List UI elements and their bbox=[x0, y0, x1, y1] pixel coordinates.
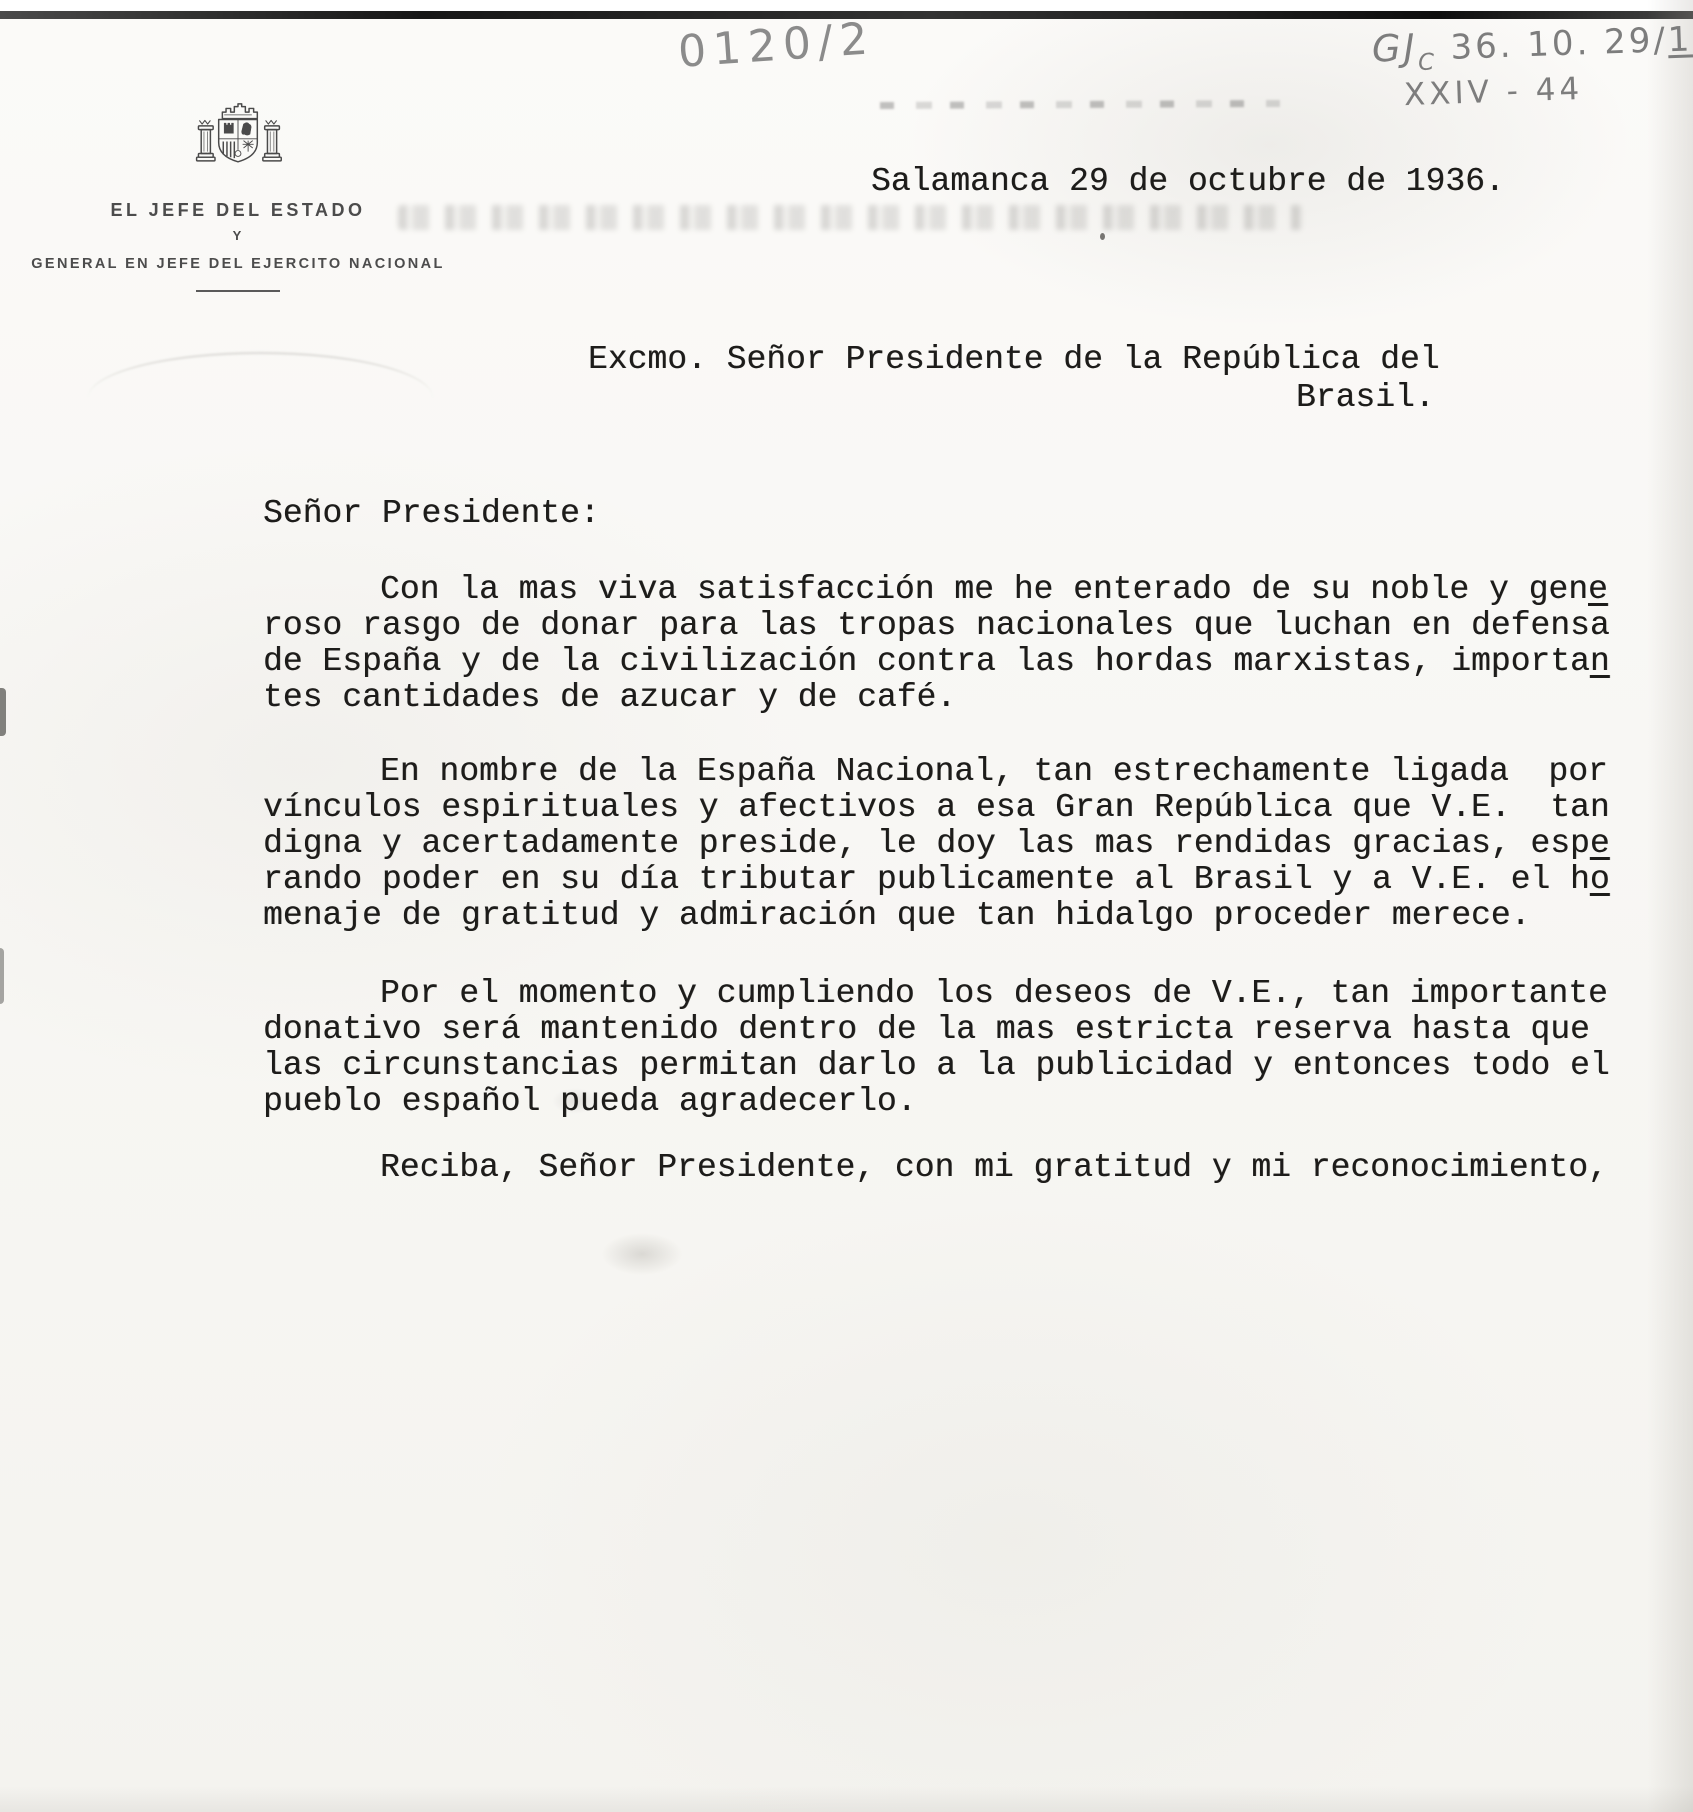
letterhead-title: EL JEFE DEL ESTADO bbox=[20, 200, 456, 221]
scan-left-mark bbox=[0, 688, 6, 736]
archive-ref-prefix: GJ bbox=[1371, 26, 1418, 71]
ghost-text-artifact bbox=[880, 100, 1280, 109]
letter-line: pueblo español pueda agradecerlo. bbox=[263, 1084, 1610, 1120]
letter-line: vínculos espirituales y afectivos a esa … bbox=[263, 790, 1610, 826]
scan-edge-white bbox=[0, 0, 1693, 11]
scan-left-mark bbox=[0, 948, 4, 1004]
letter-line: donativo será mantenido dentro de la mas… bbox=[263, 1012, 1610, 1048]
archive-ref-underlined: 1 bbox=[1667, 19, 1693, 60]
hyphenation-underline: e bbox=[1588, 571, 1608, 608]
ghost-text-artifact bbox=[398, 205, 1303, 230]
letter-line: menaje de gratitud y admiración que tan … bbox=[263, 898, 1610, 934]
coat-of-arms-icon bbox=[192, 100, 284, 196]
scan-right-shading bbox=[1647, 0, 1693, 1812]
letter-line: de España y de la civilización contra la… bbox=[263, 644, 1610, 680]
letter-line: rando poder en su día tributar publicame… bbox=[263, 862, 1610, 898]
recipient-line-2: Brasil. bbox=[1296, 380, 1435, 416]
smudge-artifact bbox=[600, 1232, 684, 1276]
letter-line: digna y acertadamente preside, le doy la… bbox=[263, 826, 1610, 862]
crease-artifact bbox=[88, 352, 433, 398]
paragraph-3: Por el momento y cumpliendo los deseos d… bbox=[263, 976, 1610, 1120]
letter-line: las circunstancias permitan darlo a la p… bbox=[263, 1048, 1610, 1084]
archive-ref-sub: C bbox=[1418, 49, 1438, 76]
scan-bottom-shading bbox=[0, 1786, 1693, 1812]
letter-line: tes cantidades de azucar y de café. bbox=[263, 680, 1610, 716]
hyphenation-underline: o bbox=[1590, 861, 1610, 898]
ink-dot-artifact bbox=[1100, 233, 1105, 240]
handwritten-archive-ref: GJC 36. 10. 29/1 bbox=[1371, 16, 1693, 77]
document-page: 0120/2 GJC 36. 10. 29/1 XXIV - 44 bbox=[0, 0, 1693, 1812]
recipient-line-1: Excmo. Señor Presidente de la República … bbox=[588, 342, 1440, 378]
handwritten-doc-number: 0120/2 bbox=[676, 13, 876, 78]
paragraph-2: En nombre de la España Nacional, tan est… bbox=[263, 754, 1610, 934]
closing-line: Reciba, Señor Presidente, con mi gratitu… bbox=[263, 1150, 1608, 1186]
letter-line: En nombre de la España Nacional, tan est… bbox=[263, 754, 1610, 790]
letterhead-rule bbox=[196, 290, 280, 292]
letterhead-subtitle: GENERAL EN JEFE DEL EJERCITO NACIONAL bbox=[20, 256, 456, 272]
letterhead-conjunction: Y bbox=[20, 228, 456, 243]
hyphenation-underline: e bbox=[1590, 825, 1610, 862]
salutation: Señor Presidente: bbox=[263, 496, 600, 532]
dateline: Salamanca 29 de octubre de 1936. bbox=[871, 164, 1505, 200]
paragraph-1: Con la mas viva satisfacción me he enter… bbox=[263, 572, 1610, 716]
handwritten-archive-ref-line2: XXIV - 44 bbox=[1403, 71, 1583, 113]
letter-line: roso rasgo de donar para las tropas naci… bbox=[263, 608, 1610, 644]
letter-line: Por el momento y cumpliendo los deseos d… bbox=[263, 976, 1610, 1012]
letter-line: Con la mas viva satisfacción me he enter… bbox=[263, 572, 1610, 608]
archive-ref-main: 36. 10. 29/ bbox=[1436, 20, 1669, 68]
hyphenation-underline: n bbox=[1590, 643, 1610, 680]
